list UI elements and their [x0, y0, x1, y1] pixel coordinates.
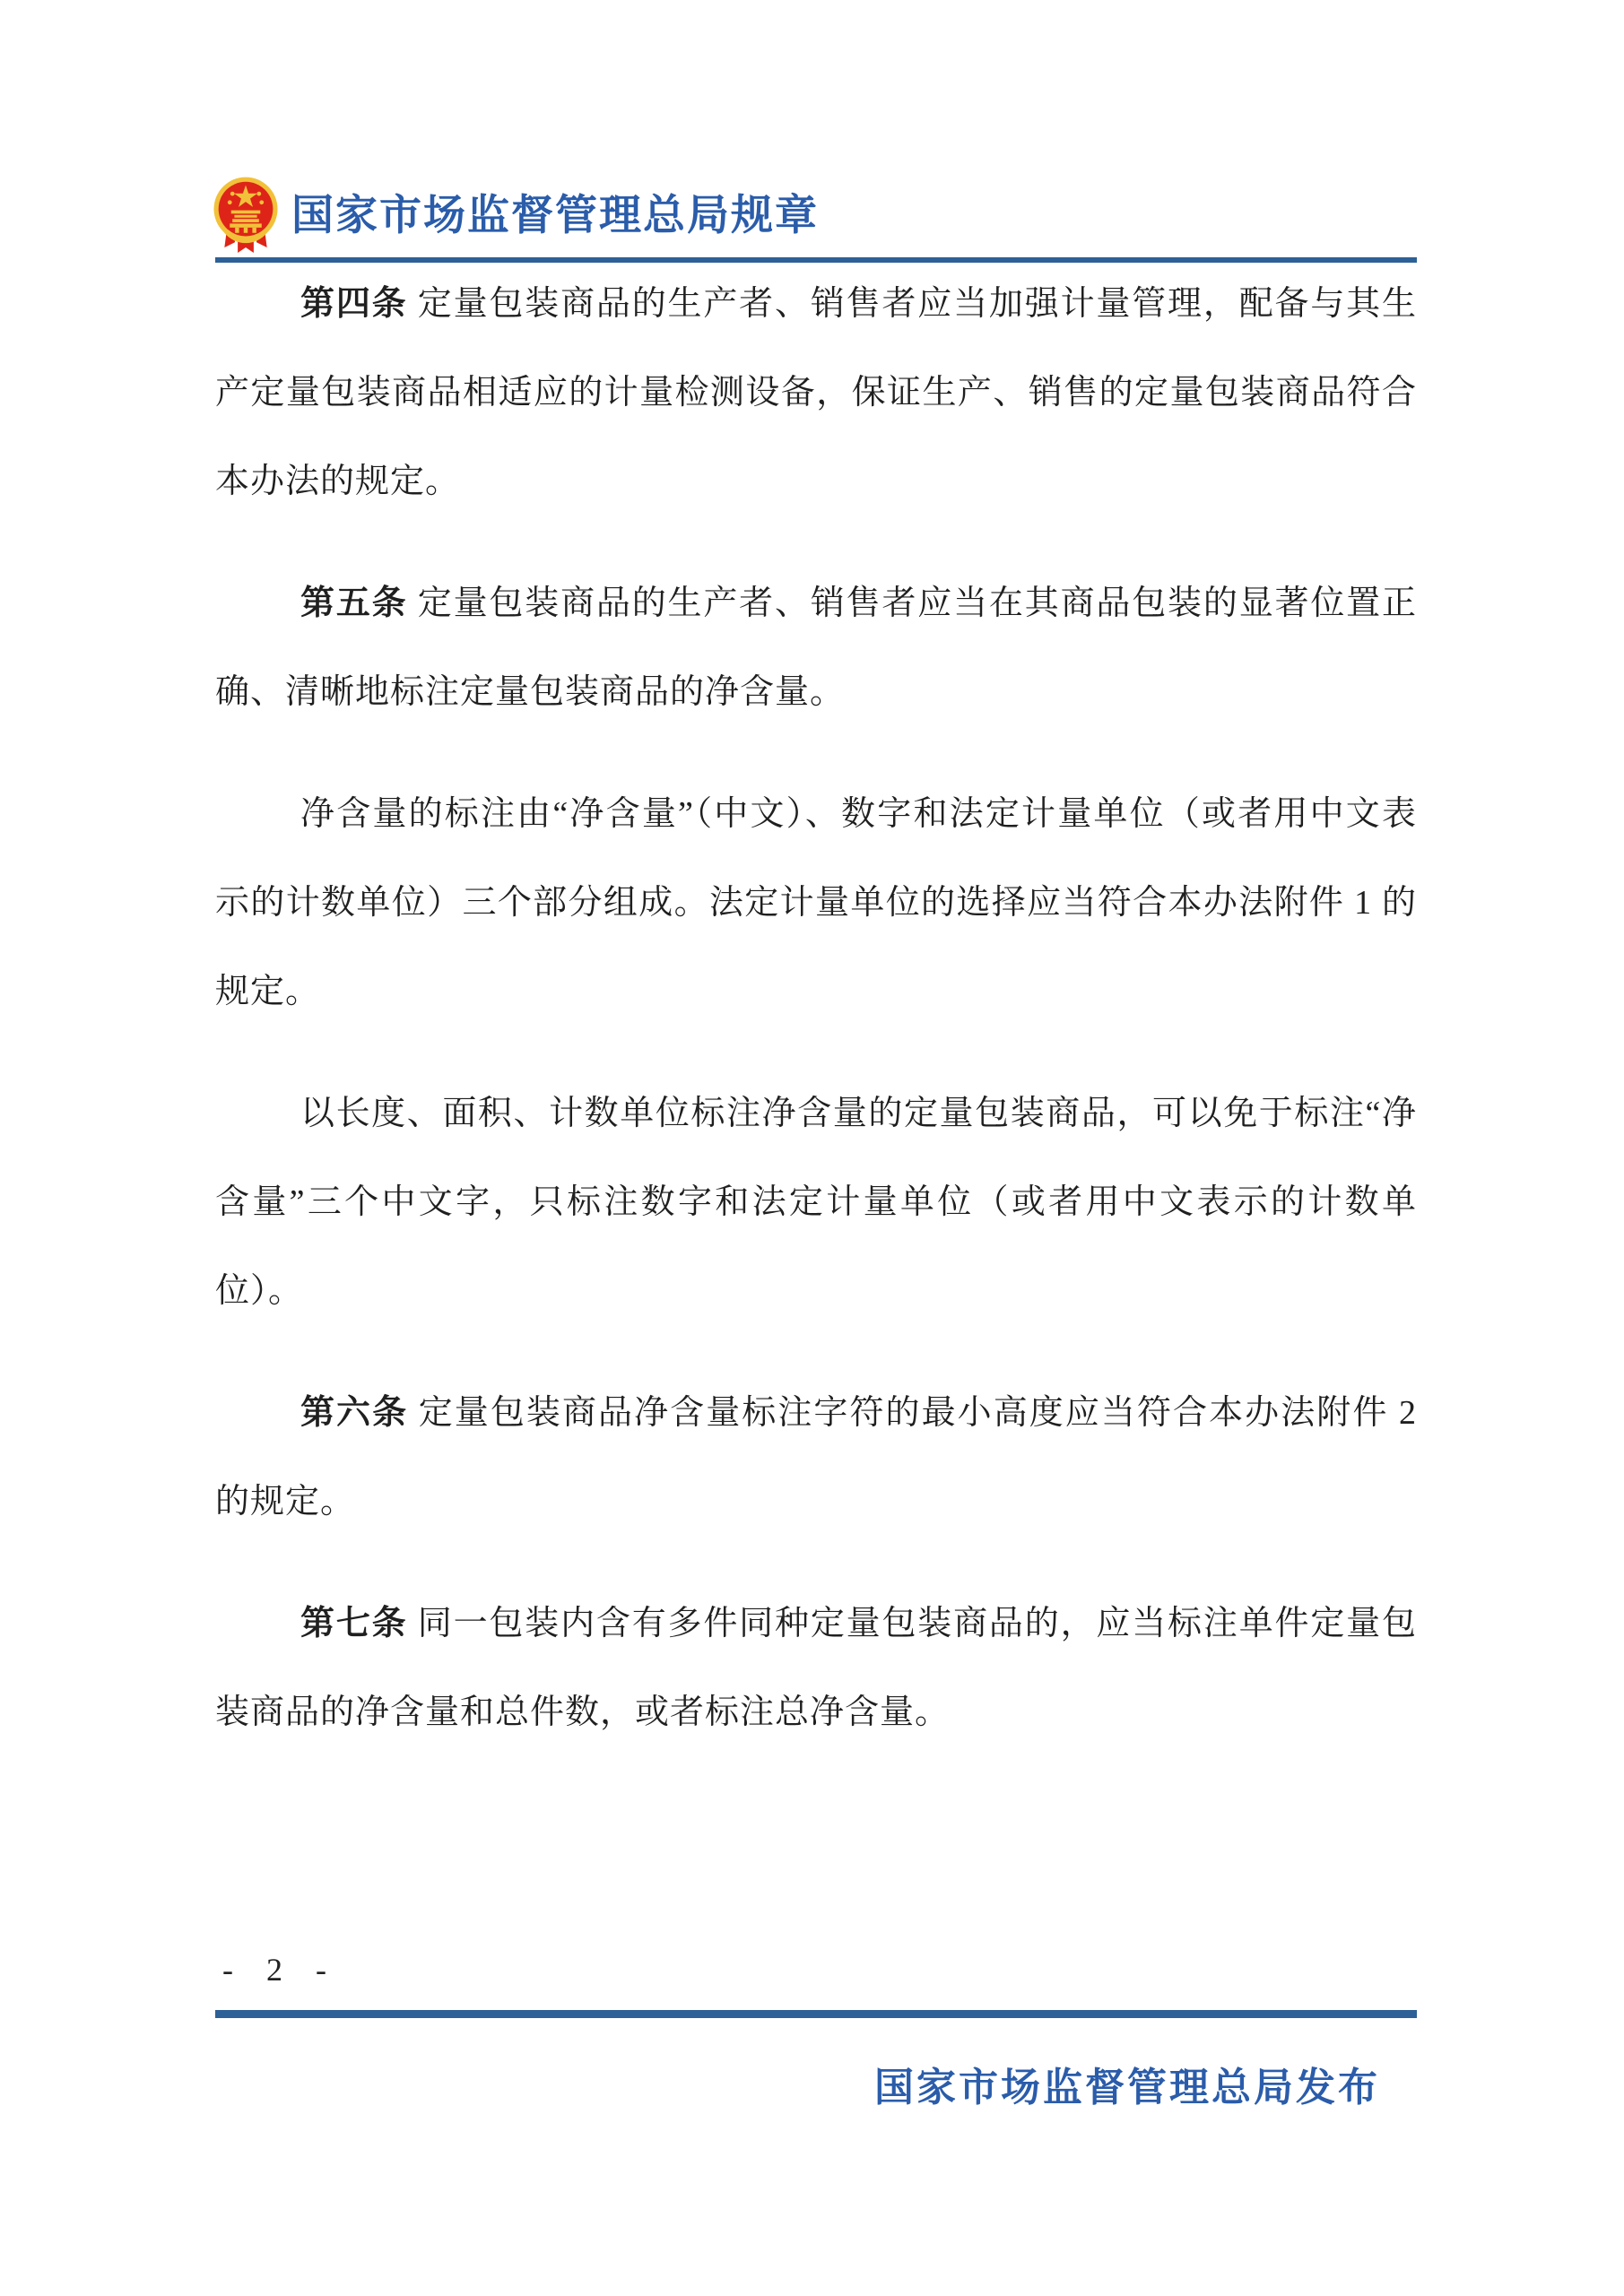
national-emblem-icon [213, 176, 279, 258]
article-number: 第四条 [300, 285, 407, 323]
article-paragraph: 净含量的标注由“净含量”（中文）、数字和法定计量单位（或者用中文表示的计数单位）… [215, 770, 1417, 1036]
article-number: 第七条 [300, 1605, 407, 1642]
publisher-label: 国家市场监督管理总局发布 [874, 2055, 1380, 2112]
article-paragraph: 第四条 定量包装商品的生产者、销售者应当加强计量管理，配备与其生产定量包装商品相… [215, 260, 1417, 526]
article-number: 第六条 [300, 1394, 408, 1432]
footer-divider-line [215, 2010, 1417, 2018]
article-text: 以长度、面积、计数单位标注净含量的定量包装商品，可以免于标注“净含量”三个中文字… [215, 1095, 1417, 1310]
article-paragraph: 以长度、面积、计数单位标注净含量的定量包装商品，可以免于标注“净含量”三个中文字… [215, 1070, 1417, 1336]
document-title: 国家市场监督管理总局规章 [291, 194, 819, 240]
article-paragraph: 第六条 定量包装商品净含量标注字符的最小高度应当符合本办法附件 2 的规定。 [215, 1369, 1417, 1547]
article-text: 净含量的标注由“净含量”（中文）、数字和法定计量单位（或者用中文表示的计数单位）… [215, 795, 1417, 1010]
document-page: 国家市场监督管理总局规章 第四条 定量包装商品的生产者、销售者应当加强计量管理，… [0, 0, 1624, 2296]
article-number: 第五条 [300, 585, 407, 622]
document-header: 国家市场监督管理总局规章 [213, 176, 1417, 258]
article-paragraph: 第七条 同一包装内含有多件同种定量包装商品的，应当标注单件定量包装商品的净含量和… [215, 1580, 1417, 1757]
article-paragraph: 第五条 定量包装商品的生产者、销售者应当在其商品包装的显著位置正确、清晰地标注定… [215, 559, 1417, 737]
document-body: 第四条 定量包装商品的生产者、销售者应当加强计量管理，配备与其生产定量包装商品相… [215, 260, 1417, 1790]
page-number: - 2 - [222, 1951, 339, 1988]
